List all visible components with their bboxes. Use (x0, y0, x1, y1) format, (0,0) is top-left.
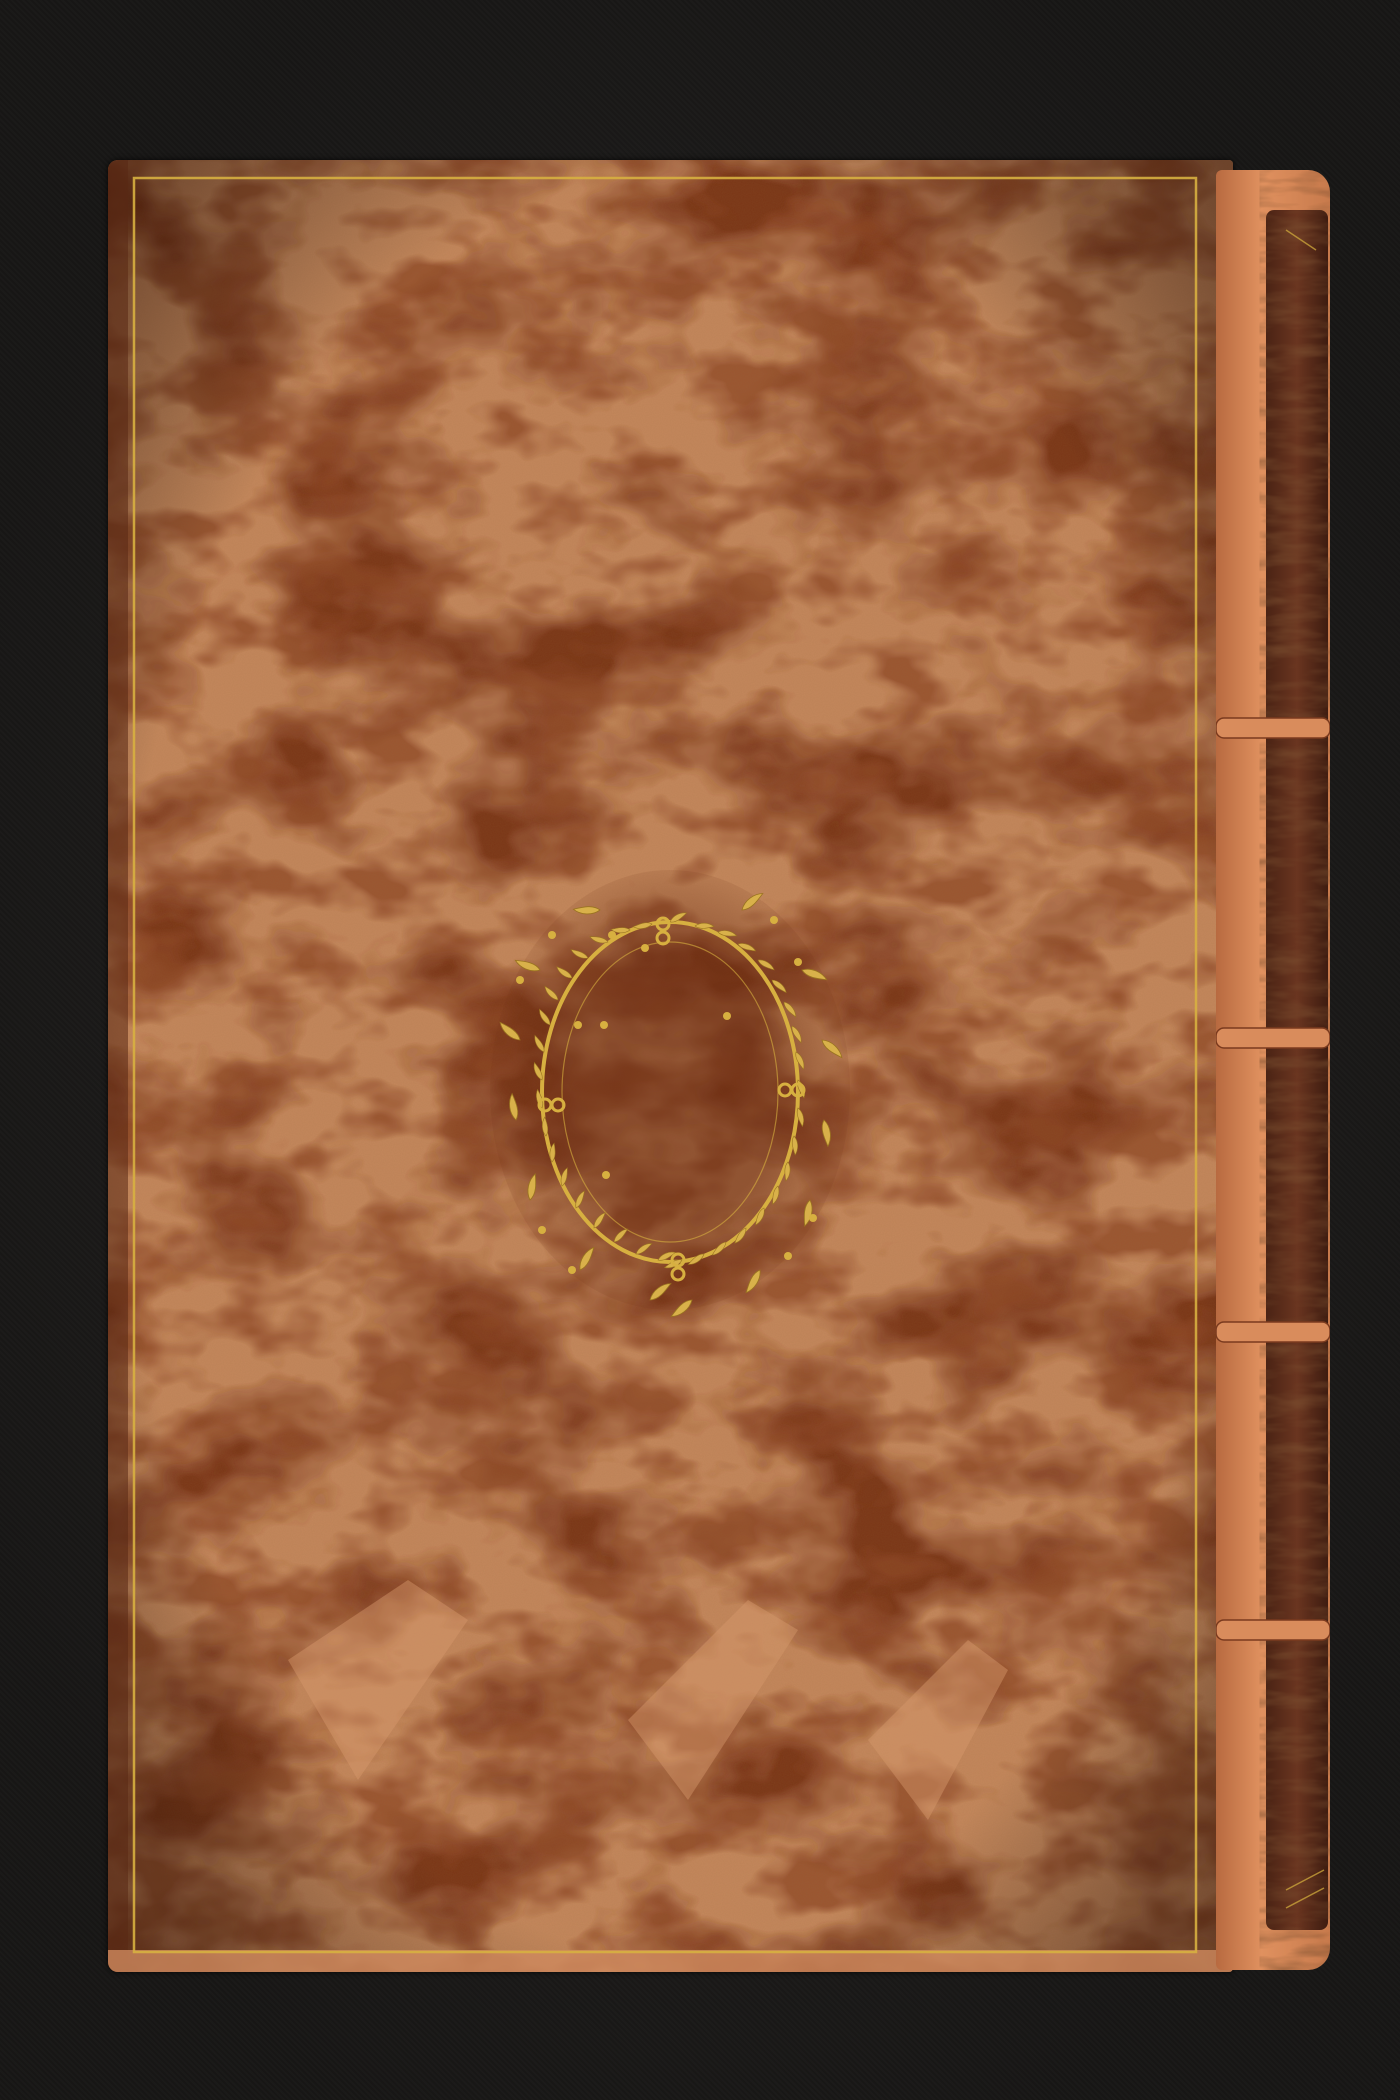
gilt-laurel-wreath-stamp (480, 860, 860, 1320)
book-spine (1216, 170, 1330, 1970)
laurel-wreath-icon (480, 860, 860, 1320)
spine-texture (1216, 170, 1330, 1970)
